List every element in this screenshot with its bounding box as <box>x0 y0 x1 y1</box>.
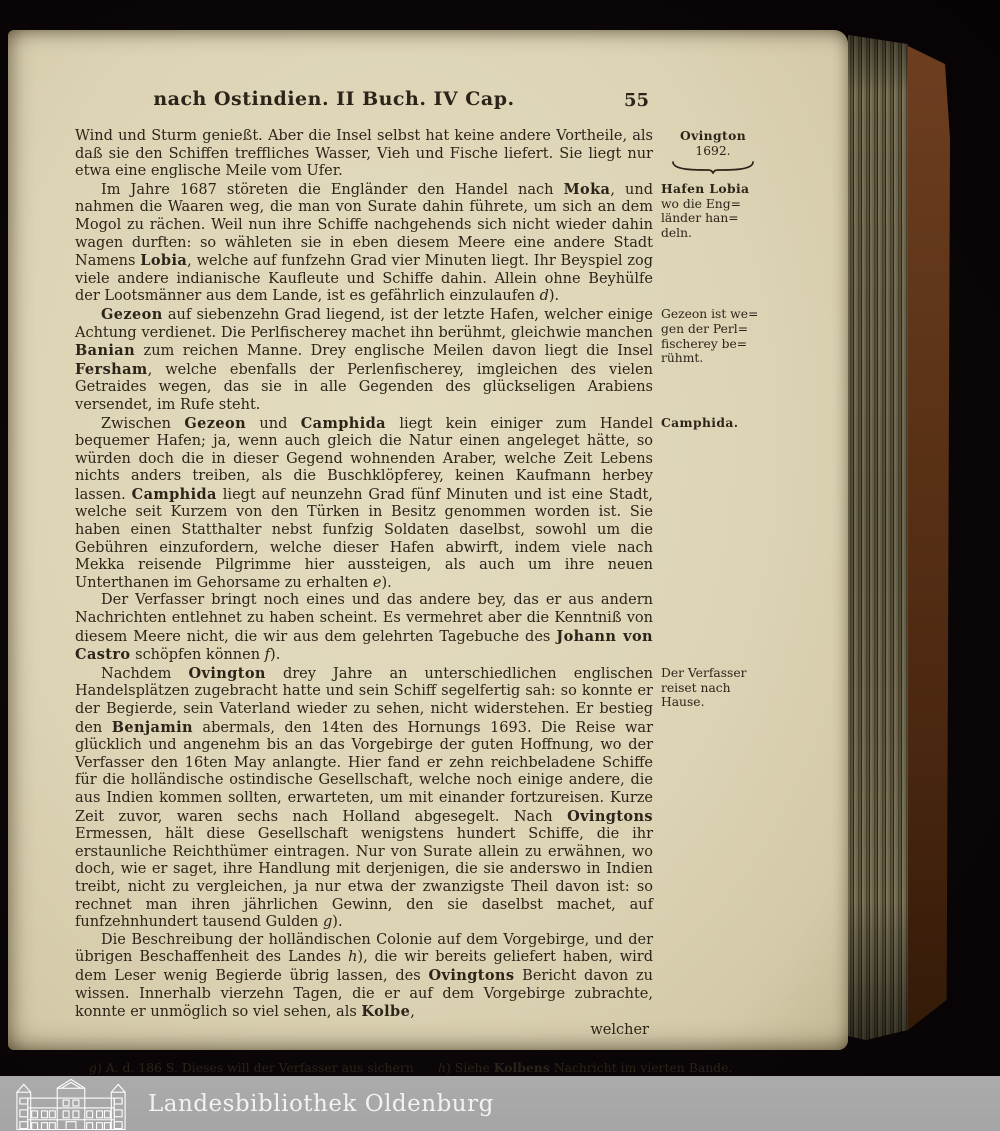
paragraph: Wind und Sturm genießt. Aber die Insel s… <box>75 128 653 181</box>
paragraph-text: Im Jahre 1687 störeten die Engländer den… <box>75 182 653 305</box>
margin-note-text: Ovington1692. <box>680 129 746 158</box>
book-fore-edge <box>848 32 908 1044</box>
paragraph: Zwischen Gezeon und Camphida liegt kein … <box>75 415 653 593</box>
book-page: nach Ostindien. II Buch. IV Cap. 55 Wind… <box>8 30 848 1050</box>
paragraph: Gezeon auf siebenzehn Grad liegend, ist … <box>75 306 653 415</box>
margin-note: Ovington1692. <box>661 129 765 174</box>
paragraph-text: Nachdem Ovington drey Jahre an unterschi… <box>75 666 653 930</box>
paragraph: Die Beschreibung der holländischen Colon… <box>75 932 653 1022</box>
catchword: welcher <box>75 1022 653 1040</box>
text-block: Wind und Sturm genießt. Aber die Insel s… <box>75 128 653 1091</box>
paragraph-text: Die Beschreibung der holländischen Colon… <box>75 932 653 1020</box>
book-cover-edge <box>908 38 950 1040</box>
library-building-icon <box>12 1078 130 1130</box>
paragraph: Im Jahre 1687 störeten die Engländer den… <box>75 181 653 306</box>
paragraph: Der Verfasser bringt noch eines und das … <box>75 592 653 664</box>
margin-note: Der Verfasserreiset nachHause. <box>661 666 765 710</box>
paragraph: Nachdem Ovington drey Jahre an unterschi… <box>75 665 653 932</box>
paragraph-text: Der Verfasser bringt noch eines und das … <box>75 592 653 663</box>
margin-note: Gezeon ist we=gen der Perl=fischerey be=… <box>661 307 765 366</box>
running-title: nach Ostindien. II Buch. IV Cap. <box>75 88 593 110</box>
underbrace-icon <box>670 160 756 174</box>
margin-note: Camphida. <box>661 416 765 431</box>
page-number: 55 <box>624 90 649 111</box>
library-footer-bar: Landesbibliothek Oldenburg <box>0 1076 1000 1131</box>
library-name: Landesbibliothek Oldenburg <box>148 1091 494 1117</box>
paragraph-text: Zwischen Gezeon und Camphida liegt kein … <box>75 416 653 591</box>
margin-note: Hafen Lobiawo die Eng=länder han=deln. <box>661 182 765 241</box>
paragraph-text: Wind und Sturm genießt. Aber die Insel s… <box>75 128 653 179</box>
scan-viewport: nach Ostindien. II Buch. IV Cap. 55 Wind… <box>0 0 1000 1131</box>
page-header: nach Ostindien. II Buch. IV Cap. 55 <box>75 88 653 114</box>
paragraph-text: Gezeon auf siebenzehn Grad liegend, ist … <box>75 307 653 413</box>
